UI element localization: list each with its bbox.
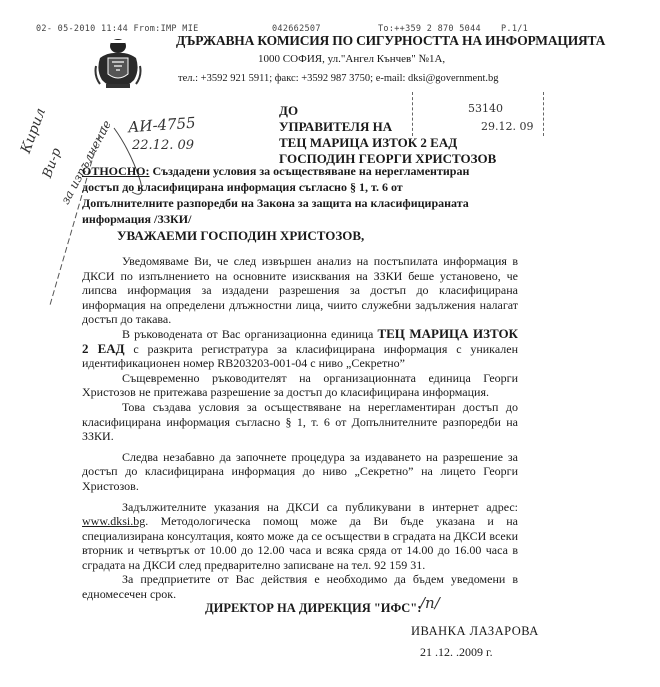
subject-label: ОТНОСНО: [82,164,149,178]
fax-timestamp: 02- 05-2010 11:44 From:IMP MIE [36,24,199,34]
paragraph-6-intro: Задължителните указания на ДКСИ са публи… [122,500,518,514]
paragraph-2-rest: с разкрита регистратура за класифицирана… [82,342,518,371]
paragraph-4: Това създава условия за осъществяване на… [82,400,518,444]
organization-contacts: тел.: +3592 921 5911; факс: +3592 987 37… [178,73,499,84]
signatory-name: ИВАНКА ЛАЗАРОВА [411,624,539,639]
paragraph-3: Същевременно ръководителят на организаци… [82,371,518,400]
coat-of-arms-icon [92,36,144,90]
paragraph-6-rest: . Методологическа помощ може да Ви бъде … [82,514,518,572]
letter-body: Уведомяваме Ви, че след извършен анализ … [82,254,518,602]
recipient-block: ДО УПРАВИТЕЛЯ НА ТЕЦ МАРИЦА ИЗТОК 2 ЕАД … [279,103,496,167]
paragraph-5: Следва незабавно да започнете процедура … [82,450,518,494]
paragraph-2-intro: В ръководената от Вас организационна еди… [122,327,377,341]
handwritten-signature: /п/ [420,594,440,612]
organization-name: ДЪРЖАВНА КОМИСИЯ ПО СИГУРНОСТТА НА ИНФОР… [176,33,605,49]
signature-date: 21 .12. .2009 г. [420,645,493,660]
website-link[interactable]: www.dksi.bg [82,514,145,528]
recipient-title: УПРАВИТЕЛЯ НА [279,119,496,135]
paragraph-7: За предприетите от Вас действия е необхо… [82,572,518,601]
recipient-company: ТЕЦ МАРИЦА ИЗТОК 2 ЕАД [279,135,496,151]
signature-title: ДИРЕКТОР НА ДИРЕКЦИЯ "ИФС": [205,601,421,616]
paragraph-2: В ръководената от Вас организационна еди… [82,327,518,371]
organization-address: 1000 СОФИЯ, ул."Ангел Кънчев" №1А, [258,53,445,65]
recipient-to: ДО [279,103,496,119]
paragraph-6: Задължителните указания на ДКСИ са публи… [82,500,518,573]
greeting: УВАЖАЕМИ ГОСПОДИН ХРИСТОЗОВ, [117,228,364,244]
paragraph-1: Уведомяваме Ви, че след извършен анализ … [82,254,518,327]
subject: ОТНОСНО: Създадени условия за осъществяв… [82,163,472,227]
